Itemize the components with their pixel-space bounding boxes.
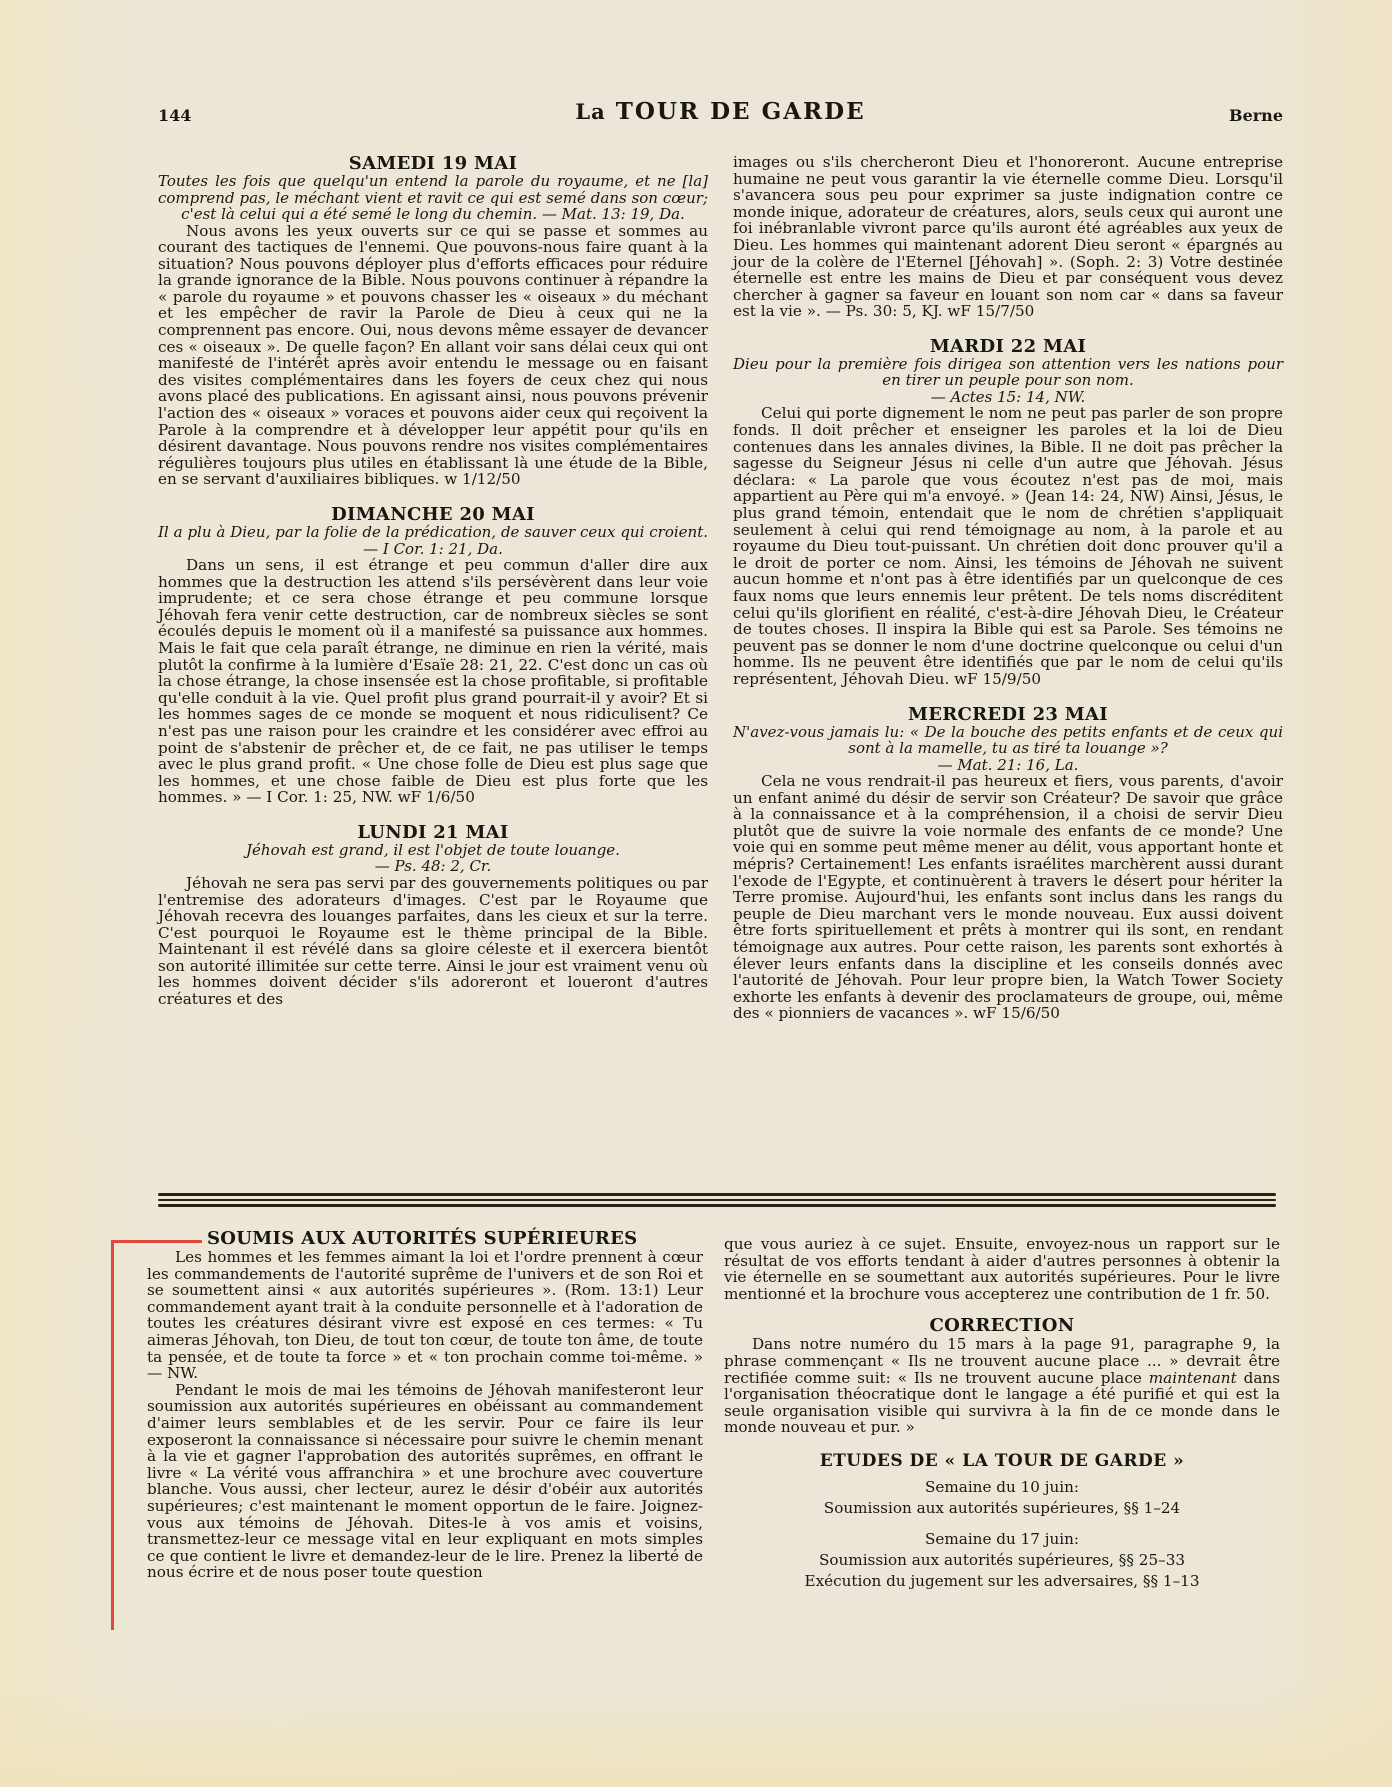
day-title: MARDI 22 MAI — [733, 337, 1283, 356]
left-column: SAMEDI 19 MAI Toutes les fois que quelqu… — [158, 154, 708, 1008]
masthead: La TOUR DE GARDE — [158, 98, 1283, 125]
daily-text-mardi: MARDI 22 MAI Dieu pour la première fois … — [733, 337, 1283, 688]
day-title: MERCREDI 23 MAI — [733, 705, 1283, 724]
day-verse-reference: — Mat. 21: 16, La. — [733, 757, 1283, 774]
daily-text-dimanche: DIMANCHE 20 MAI Il a plu à Dieu, par la … — [158, 505, 708, 806]
day-body: Dans un sens, il est étrange et peu comm… — [158, 557, 708, 806]
day-verse: Dieu pour la première fois dirigea son a… — [733, 356, 1283, 389]
daily-text-lundi: LUNDI 21 MAI Jéhovah est grand, il est l… — [158, 823, 708, 1008]
day-verse-reference: — Ps. 48: 2, Cr. — [158, 858, 708, 875]
day-verse: Jéhovah est grand, il est l'objet de tou… — [158, 842, 708, 859]
triple-rule-divider — [158, 1193, 1276, 1209]
article-paragraph: Pendant le mois de mai les témoins de Jé… — [147, 1382, 703, 1581]
day-body: Nous avons les yeux ouverts sur ce qui s… — [158, 223, 708, 489]
day-body: Jéhovah ne sera pas servi par des gouver… — [158, 875, 708, 1008]
day-verse: N'avez-vous jamais lu: « De la bouche de… — [733, 724, 1283, 757]
right-column: images ou s'ils chercheront Dieu et l'ho… — [733, 154, 1283, 1022]
day-verse-reference: — Actes 15: 14, NW. — [733, 389, 1283, 406]
study-item: Exécution du jugement sur les adversaire… — [724, 1573, 1280, 1590]
correction-title: CORRECTION — [724, 1316, 1280, 1336]
study-week-label: Semaine du 10 juin: — [724, 1479, 1280, 1496]
article-continuation: que vous auriez à ce sujet. Ensuite, env… — [724, 1236, 1280, 1302]
article-soumis: SOUMIS AUX AUTORITÉS SUPÉRIEURES Les hom… — [147, 1229, 703, 1581]
correction-text: Dans notre numéro du 15 mars à la page 9… — [724, 1336, 1280, 1436]
daily-text-samedi: SAMEDI 19 MAI Toutes les fois que quelqu… — [158, 154, 708, 488]
day-title: DIMANCHE 20 MAI — [158, 505, 708, 524]
studies-title: ETUDES DE « LA TOUR DE GARDE » — [724, 1450, 1280, 1472]
daily-text-lundi-continued: images ou s'ils chercheront Dieu et l'ho… — [733, 154, 1283, 320]
bottom-right-column: que vous auriez à ce sujet. Ensuite, env… — [724, 1236, 1280, 1590]
day-verse: Il a plu à Dieu, par la folie de la préd… — [158, 524, 708, 557]
day-body: Celui qui porte dignement le nom ne peut… — [733, 405, 1283, 687]
day-title: SAMEDI 19 MAI — [158, 154, 708, 173]
study-item: Soumission aux autorités supérieures, §§… — [724, 1500, 1280, 1517]
day-title: LUNDI 21 MAI — [158, 823, 708, 842]
daily-text-mercredi: MERCREDI 23 MAI N'avez-vous jamais lu: «… — [733, 705, 1283, 1022]
red-margin-mark-vertical — [111, 1240, 114, 1630]
masthead-article: La — [575, 99, 605, 124]
masthead-title: TOUR DE GARDE — [616, 98, 866, 125]
page-edge-shading — [0, 1680, 1392, 1787]
day-verse: Toutes les fois que quelqu'un entend la … — [158, 173, 708, 223]
article-title: SOUMIS AUX AUTORITÉS SUPÉRIEURES — [147, 1229, 703, 1249]
correction-emphasis: maintenant — [1149, 1369, 1237, 1387]
day-body: Cela ne vous rendrait-il pas heureux et … — [733, 773, 1283, 1022]
day-body-continued: images ou s'ils chercheront Dieu et l'ho… — [733, 154, 1283, 320]
page-header: 144 La TOUR DE GARDE Berne — [158, 104, 1283, 134]
study-week-label: Semaine du 17 juin: — [724, 1531, 1280, 1548]
edition-city: Berne — [1229, 106, 1283, 125]
article-paragraph: Les hommes et les femmes aimant la loi e… — [147, 1249, 703, 1382]
study-item: Soumission aux autorités supérieures, §§… — [724, 1552, 1280, 1569]
